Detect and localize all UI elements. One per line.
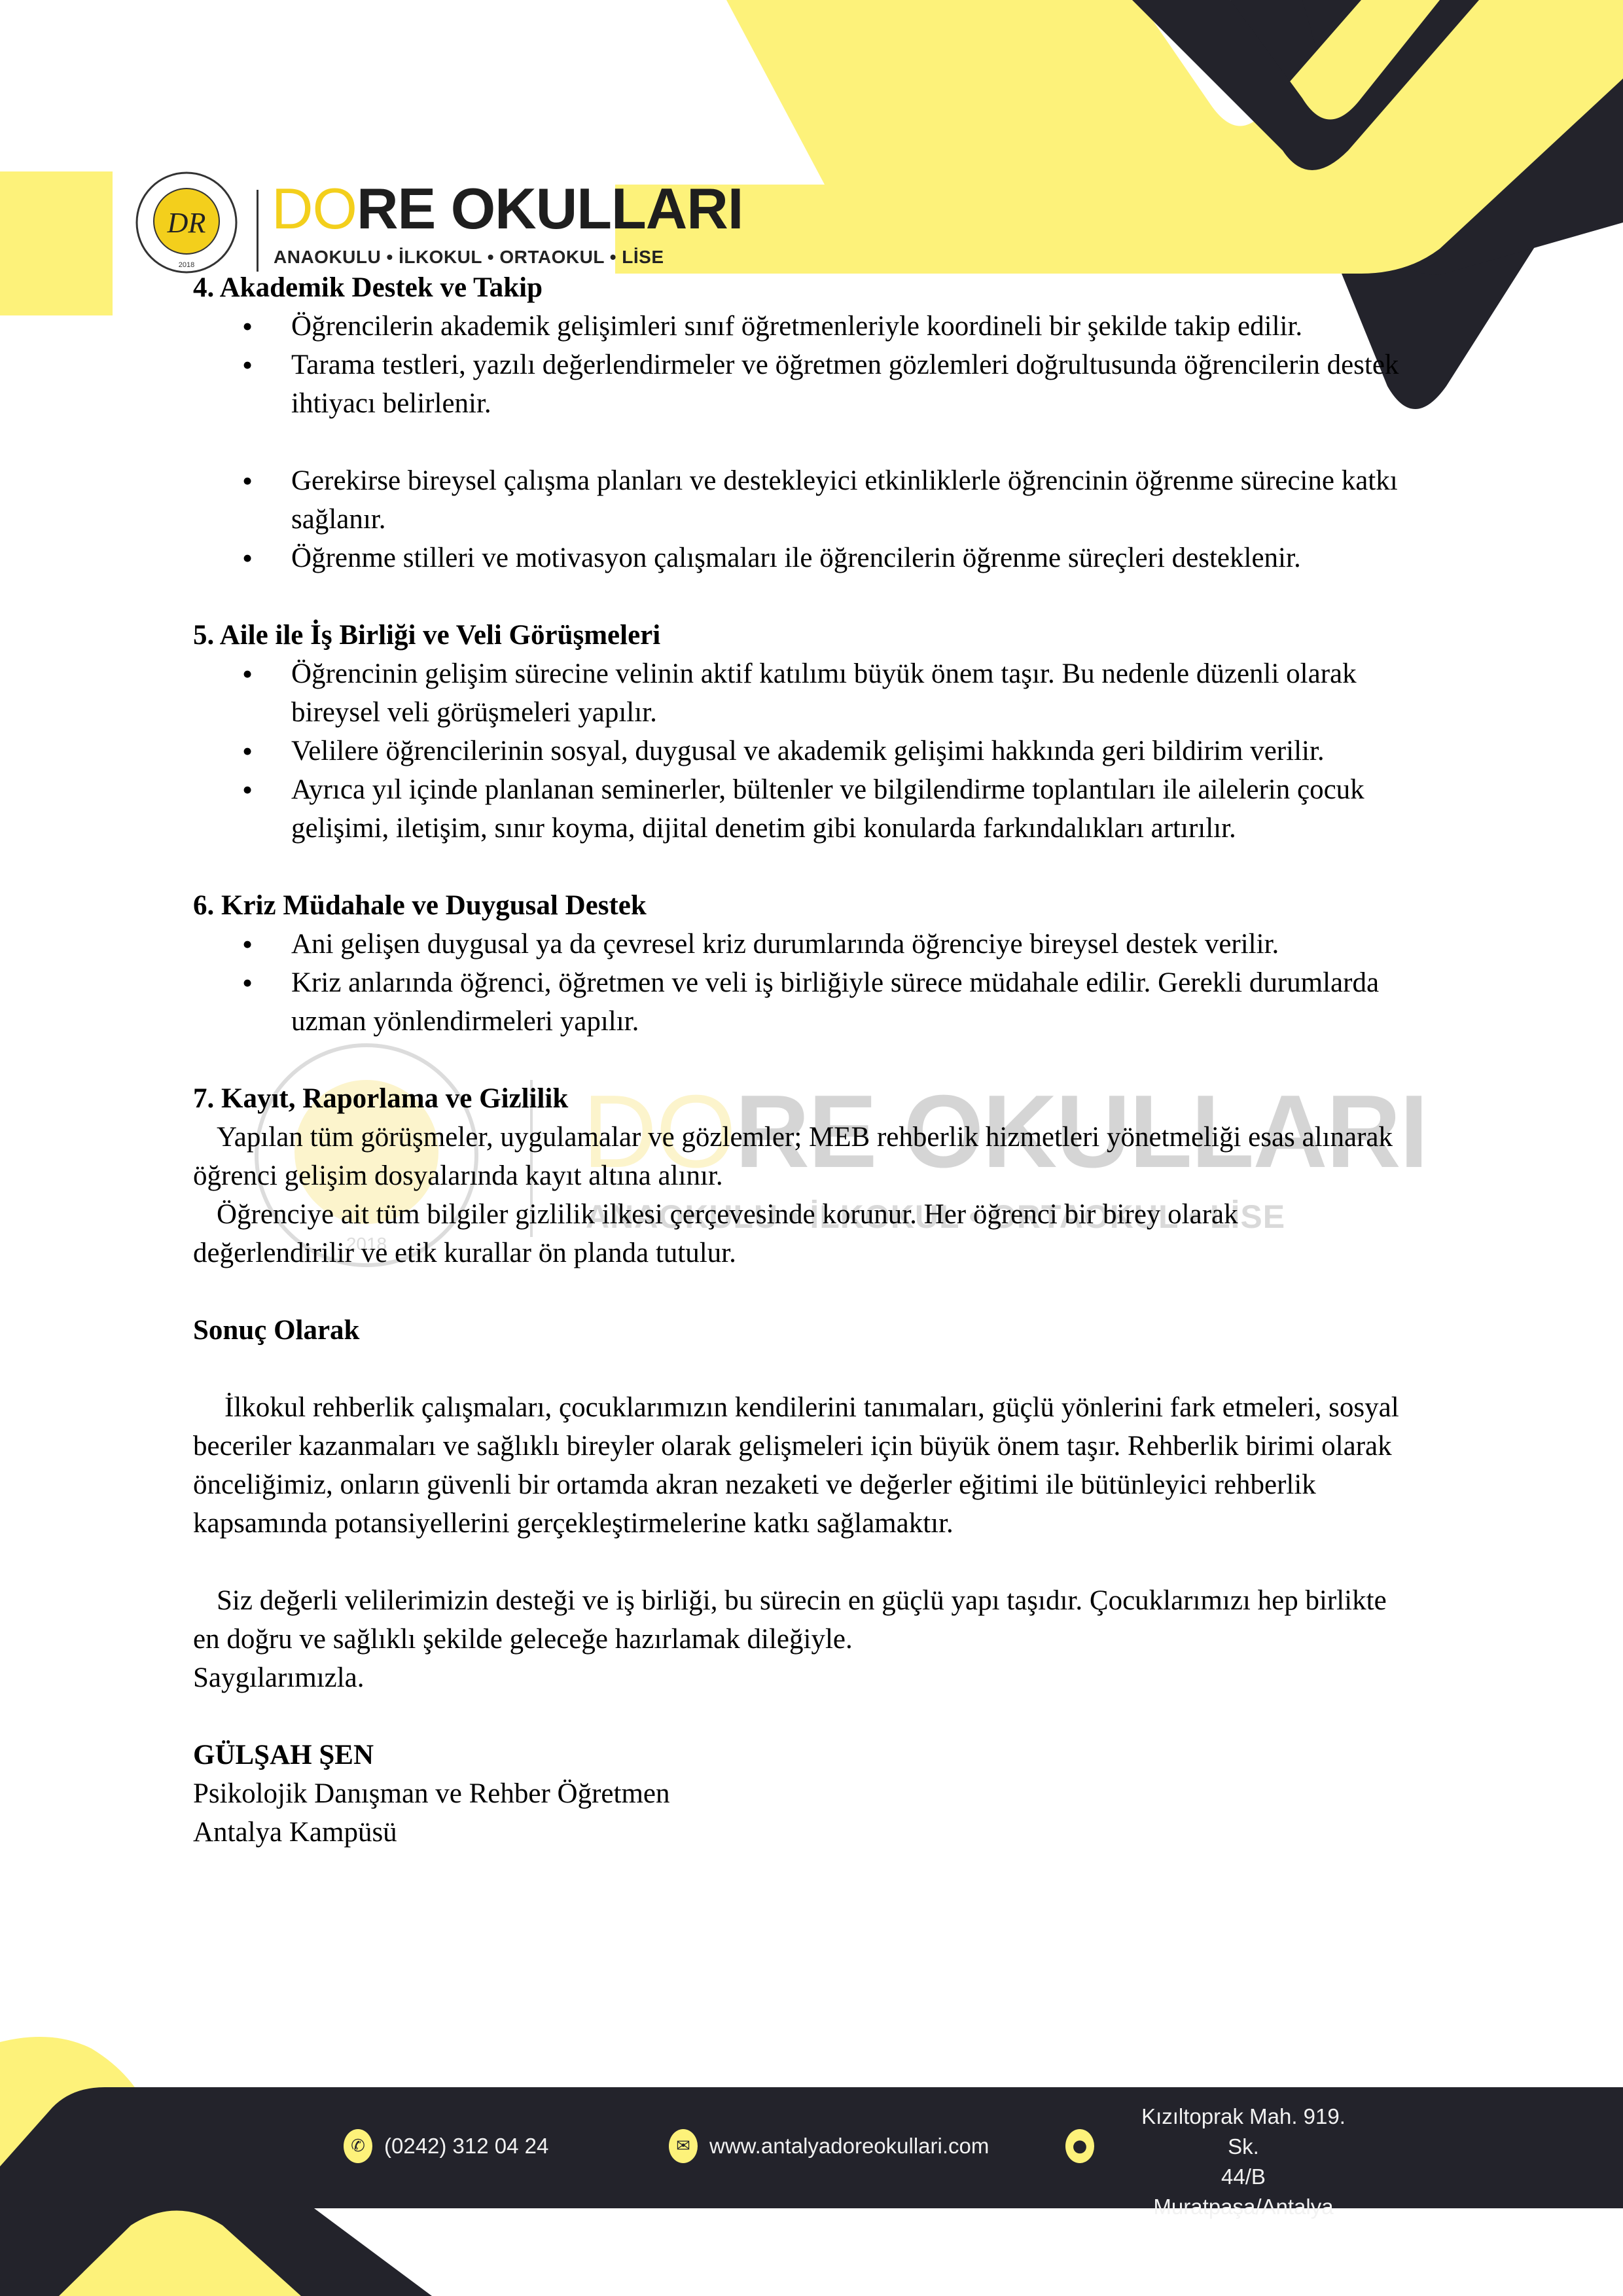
section-conclusion: Sonuç Olarak İlkokul rehberlik çalışmala…: [193, 1311, 1404, 1852]
section-title: 6. Kriz Müdahale ve Duygusal Destek: [193, 886, 1404, 925]
list-item: Velilere öğrencilerinin sosyal, duygusal…: [291, 732, 1404, 770]
section-title: Sonuç Olarak: [193, 1311, 1404, 1350]
list-item: Ani gelişen duygusal ya da çevresel kriz…: [291, 925, 1404, 963]
list-item: Öğrenme stilleri ve motivasyon çalışmala…: [291, 539, 1404, 577]
paragraph: Öğrenciye ait tüm bilgiler gizlilik ilke…: [193, 1195, 1404, 1272]
phone-number: (0242) 312 04 24: [384, 2134, 548, 2159]
phone-icon: ✆: [344, 2129, 372, 2163]
svg-text:2018: 2018: [179, 261, 194, 269]
footer-phone[interactable]: ✆ (0242) 312 04 24: [344, 2129, 548, 2163]
list-item: Tarama testleri, yazılı değerlendirmeler…: [291, 346, 1404, 423]
svg-text:DR: DR: [167, 207, 206, 239]
address-line: Kızıltoprak Mah. 919. Sk.: [1132, 2102, 1355, 2162]
list-item: Öğrencinin gelişim sürecine velinin akti…: [291, 655, 1404, 732]
signature-name: GÜLŞAH ŞEN: [193, 1736, 1404, 1774]
seal-emblem-icon: DR 2018: [134, 170, 239, 275]
section-academic-support: 4. Akademik Destek ve Takip Öğrencilerin…: [193, 268, 1404, 577]
brand-tagline: ANAOKULU • İLKOKUL • ORTAOKUL • LİSE: [274, 247, 664, 268]
bullet-list: Ani gelişen duygusal ya da çevresel kriz…: [193, 925, 1404, 1041]
section-title: 4. Akademik Destek ve Takip: [193, 268, 1404, 307]
footer-website[interactable]: ✉ www.antalyadoreokullari.com: [669, 2129, 989, 2163]
footer-address: Kızıltoprak Mah. 919. Sk. 44/B Muratpaşa…: [1132, 2102, 1355, 2222]
mail-icon: ✉: [669, 2129, 698, 2163]
logo-divider: [257, 190, 259, 272]
section-family-cooperation: 5. Aile ile İş Birliği ve Veli Görüşmele…: [193, 616, 1404, 848]
list-item: Gerekirse bireysel çalışma planları ve d…: [291, 461, 1404, 539]
bullet-list: Öğrencilerin akademik gelişimleri sınıf …: [193, 307, 1404, 577]
list-item: Öğrencilerin akademik gelişimleri sınıf …: [291, 307, 1404, 346]
footer: ✆ (0242) 312 04 24 ✉ www.antalyadoreokul…: [0, 2087, 1623, 2208]
section-records-privacy: 7. Kayıt, Raporlama ve Gizlilik Yapılan …: [193, 1079, 1404, 1272]
address-line: Muratpaşa/Antalya: [1132, 2192, 1355, 2222]
paragraph: Siz değerli velilerimizin desteği ve iş …: [193, 1581, 1404, 1659]
signature-campus: Antalya Kampüsü: [193, 1813, 1404, 1852]
section-title: 5. Aile ile İş Birliği ve Veli Görüşmele…: [193, 616, 1404, 655]
brand-highlight: DO: [272, 176, 357, 241]
website-url: www.antalyadoreokullari.com: [709, 2134, 989, 2159]
signature-title: Psikolojik Danışman ve Rehber Öğretmen: [193, 1774, 1404, 1813]
closing: Saygılarımızla.: [193, 1659, 1404, 1697]
section-crisis-intervention: 6. Kriz Müdahale ve Duygusal Destek Ani …: [193, 886, 1404, 1041]
school-logo: DR 2018 DORE OKULLARI ANAOKULU • İLKOKUL…: [131, 154, 615, 285]
footer-location: ●: [1065, 2129, 1106, 2163]
section-title: 7. Kayıt, Raporlama ve Gizlilik: [193, 1079, 1404, 1118]
address-line: 44/B: [1132, 2162, 1355, 2192]
bullet-list: Öğrencinin gelişim sürecine velinin akti…: [193, 655, 1404, 848]
paragraph: İlkokul rehberlik çalışmaları, çocukları…: [193, 1388, 1404, 1543]
paragraph: Yapılan tüm görüşmeler, uygulamalar ve g…: [193, 1118, 1404, 1195]
list-item: Ayrıca yıl içinde planlanan seminerler, …: [291, 770, 1404, 848]
document-body: 4. Akademik Destek ve Takip Öğrencilerin…: [193, 268, 1404, 1852]
brand-name: DORE OKULLARI: [272, 180, 743, 238]
location-pin-icon: ●: [1065, 2129, 1094, 2163]
list-item: Kriz anlarında öğrenci, öğretmen ve veli…: [291, 963, 1404, 1041]
brand-rest: RE OKULLARI: [357, 176, 743, 241]
